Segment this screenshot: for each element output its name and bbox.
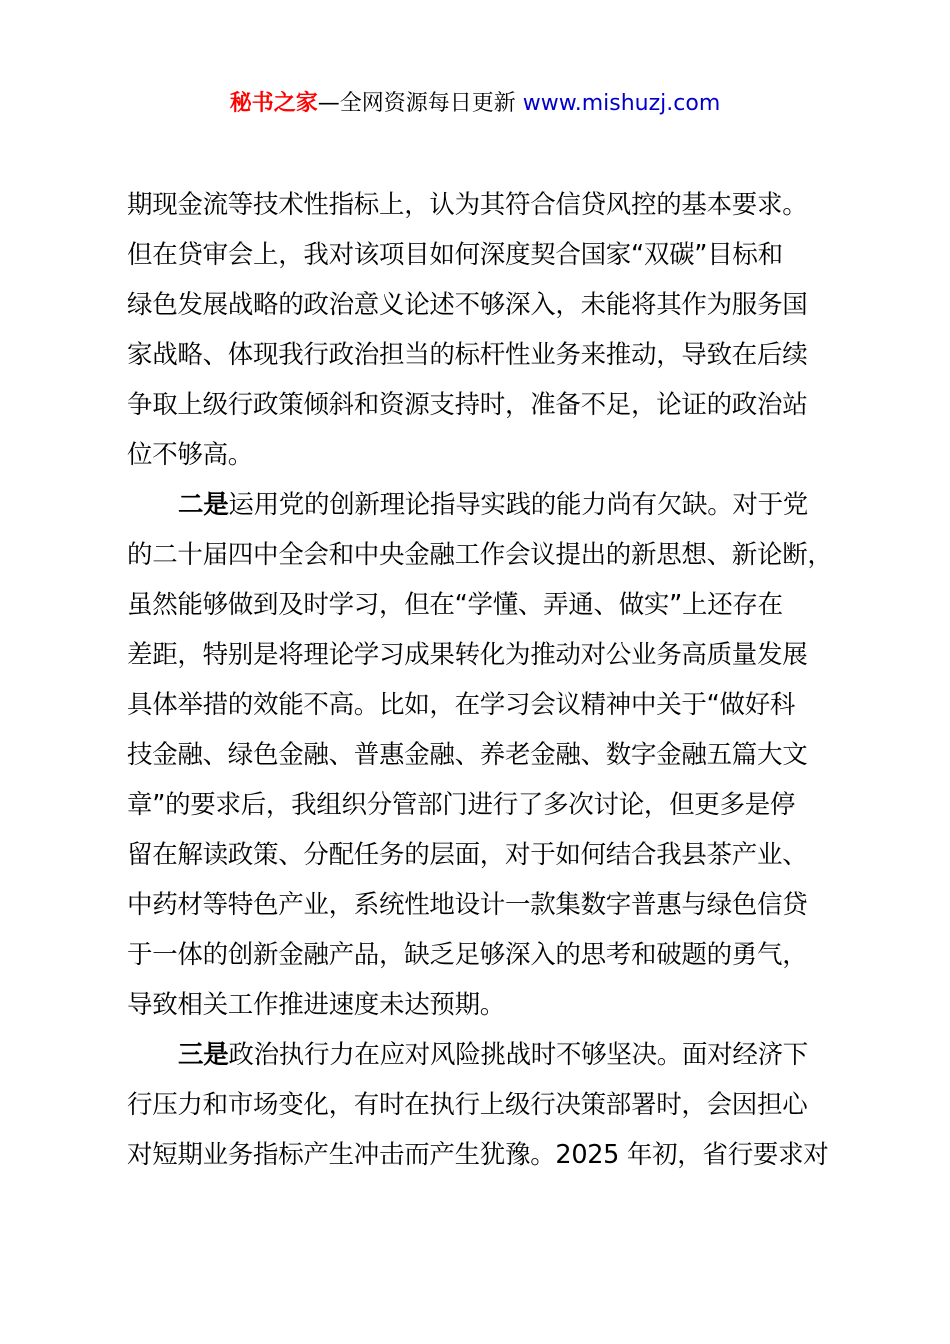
text-line: 差距，特别是将理论学习成果转化为推动对公业务高质量发展 xyxy=(127,630,837,680)
paragraph-point-two: 二是运用党的创新理论指导实践的能力尚有欠缺。对于党 的二十届四中全会和中央金融工… xyxy=(127,480,837,1030)
site-url-link[interactable]: www.mishuzj.com xyxy=(523,91,720,116)
text-line: 的二十届四中全会和中央金融工作会议提出的新思想、新论断， xyxy=(127,530,837,580)
text-line: 中药材等特色产业，系统性地设计一款集数字普惠与绿色信贷 xyxy=(127,880,837,930)
text-line: 位不够高。 xyxy=(127,430,837,480)
brand-tagline: —全网资源每日更新 xyxy=(318,91,523,116)
text-line: 绿色发展战略的政治意义论述不够深入，未能将其作为服务国 xyxy=(127,280,837,330)
text-line: 行压力和市场变化，有时在执行上级行决策部署时，会因担心 xyxy=(127,1080,837,1130)
site-watermark-header: 秘书之家—全网资源每日更新 www.mishuzj.com xyxy=(0,88,950,120)
text-line: 具体举措的效能不高。比如，在学习会议精神中关于“做好科 xyxy=(127,680,837,730)
document-body: 期现金流等技术性指标上，认为其符合信贷风控的基本要求。 但在贷审会上，我对该项目… xyxy=(127,180,837,1180)
text-line: 章”的要求后，我组织分管部门进行了多次讨论，但更多是停 xyxy=(127,780,837,830)
point-lead-label: 三是 xyxy=(178,1040,228,1070)
text-line: 但在贷审会上，我对该项目如何深度契合国家“双碳”目标和 xyxy=(127,230,837,280)
text-line: 虽然能够做到及时学习，但在“学懂、弄通、做实”上还存在 xyxy=(127,580,837,630)
text-line: 家战略、体现我行政治担当的标杆性业务来推动，导致在后续 xyxy=(127,330,837,380)
text-line: 技金融、绿色金融、普惠金融、养老金融、数字金融五篇大文 xyxy=(127,730,837,780)
paragraph-point-three: 三是政治执行力在应对风险挑战时不够坚决。面对经济下 行压力和市场变化，有时在执行… xyxy=(127,1030,837,1180)
text-line: 争取上级行政策倾斜和资源支持时，准备不足，论证的政治站 xyxy=(127,380,837,430)
text-line: 期现金流等技术性指标上，认为其符合信贷风控的基本要求。 xyxy=(127,180,837,230)
point-lead-label: 二是 xyxy=(178,490,228,520)
paragraph-continuation: 期现金流等技术性指标上，认为其符合信贷风控的基本要求。 但在贷审会上，我对该项目… xyxy=(127,180,837,480)
text-line: 导致相关工作推进速度未达预期。 xyxy=(127,980,837,1030)
paragraph-first-line: 二是运用党的创新理论指导实践的能力尚有欠缺。对于党 xyxy=(127,480,837,530)
text-line: 留在解读政策、分配任务的层面，对于如何结合我县茶产业、 xyxy=(127,830,837,880)
text-span: 运用党的创新理论指导实践的能力尚有欠缺。对于党 xyxy=(228,490,808,520)
text-span: 政治执行力在应对风险挑战时不够坚决。面对经济下 xyxy=(228,1040,808,1070)
text-line: 对短期业务指标产生冲击而产生犹豫。2025 年初，省行要求对 xyxy=(127,1130,837,1180)
text-line: 于一体的创新金融产品，缺乏足够深入的思考和破题的勇气， xyxy=(127,930,837,980)
brand-name: 秘书之家 xyxy=(230,91,318,116)
paragraph-first-line: 三是政治执行力在应对风险挑战时不够坚决。面对经济下 xyxy=(127,1030,837,1080)
